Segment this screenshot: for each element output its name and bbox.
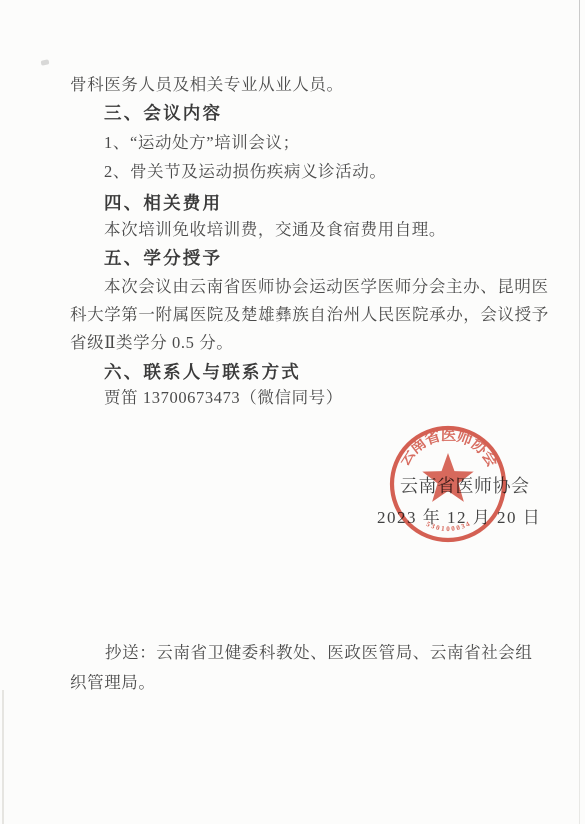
seal-star (422, 453, 473, 502)
scan-edge-line-right (579, 0, 580, 824)
scan-edge-line-left (2, 690, 4, 824)
section-heading: 六、联系人与联系方式 (104, 362, 301, 382)
section-heading: 三、会议内容 (104, 103, 222, 123)
body-line: 科大学第一附属医院及楚雄彝族自治州人民医院承办，会议授予 (70, 305, 549, 325)
body-line: 1、“运动处方”培训会议； (104, 133, 300, 153)
contact-line: 贾笛 13700673473（微信同号） (104, 388, 343, 408)
document-page: 骨科医务人员及相关专业从业人员。 三、会议内容 1、“运动处方”培训会议； 2、… (0, 0, 585, 824)
scan-artifact-mark (41, 59, 50, 66)
cc-line: 抄送：云南省卫健委科教处、医政医管局、云南省社会组 (105, 639, 533, 663)
section-heading: 五、学分授予 (104, 248, 222, 268)
official-seal: 云南省医师协会 530100034 (378, 414, 518, 554)
section-heading: 四、相关费用 (104, 193, 222, 213)
seal-serial-number: 530100034 (425, 520, 472, 533)
body-line: 本次培训免收培训费，交通及食宿费用自理。 (104, 220, 446, 240)
body-line: 省级Ⅱ类学分 0.5 分。 (70, 333, 233, 353)
cc-line: 织管理局。 (70, 669, 156, 693)
body-line: 骨科医务人员及相关专业从业人员。 (70, 75, 344, 95)
body-line: 本次会议由云南省医师协会运动医学医师分会主办、昆明医 (104, 277, 549, 297)
body-line: 2、骨关节及运动损伤疾病义诊活动。 (104, 162, 386, 182)
svg-text:530100034: 530100034 (425, 520, 472, 533)
